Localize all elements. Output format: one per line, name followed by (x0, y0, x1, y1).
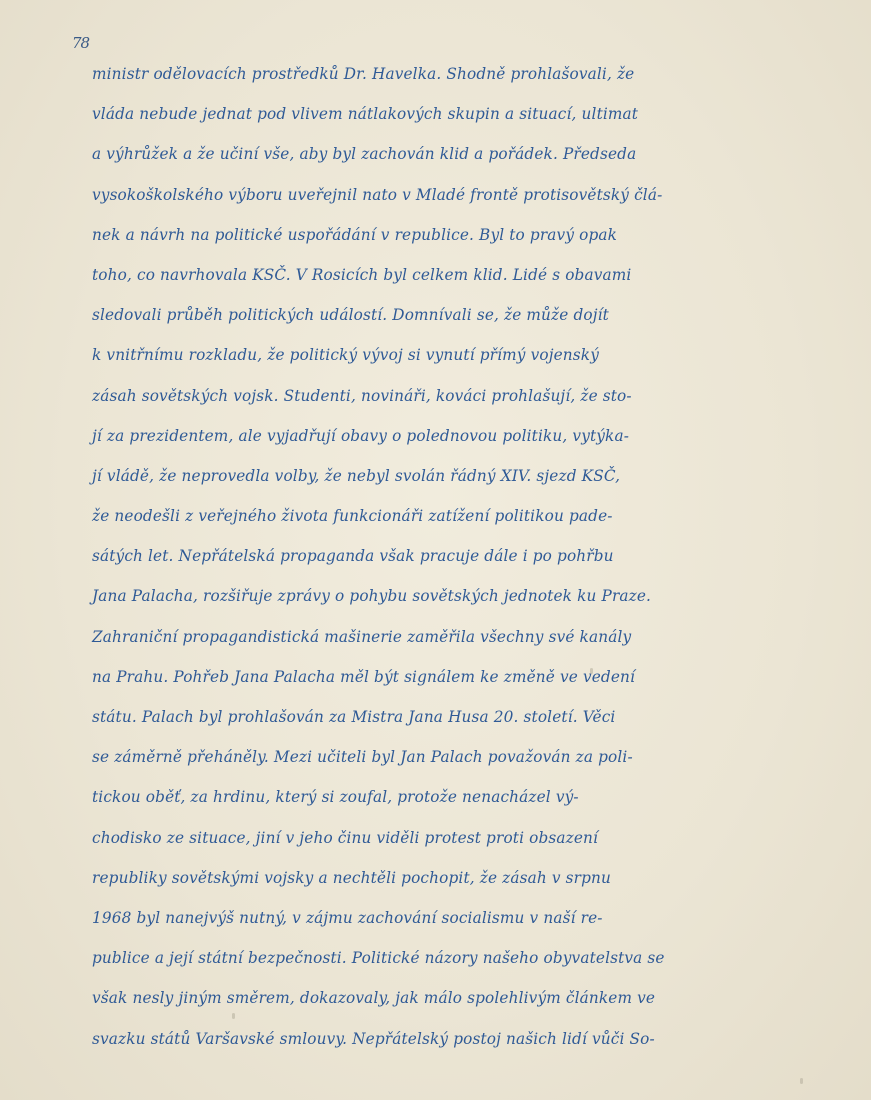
text-line: toho, co navrhovala KSČ. V Rosicích byl … (92, 255, 792, 295)
text-line: sátých let. Nepřátelská propaganda však … (92, 536, 792, 576)
text-line: svazku států Varšavské smlouvy. Nepřátel… (92, 1019, 792, 1059)
handwritten-text-block: ministr odělovacích prostředků Dr. Havel… (92, 54, 802, 1059)
paper-speck (800, 1078, 803, 1084)
paper-speck (232, 1013, 235, 1019)
page-number: 78 (72, 34, 89, 52)
document-page: 78 ministr odělovacích prostředků Dr. Ha… (0, 0, 871, 1100)
text-line: ministr odělovacích prostředků Dr. Havel… (92, 54, 792, 94)
text-line: sledovali průběh politických událostí. D… (92, 295, 792, 335)
text-line: Jana Palacha, rozšiřuje zprávy o pohybu … (92, 576, 792, 616)
text-line: jí za prezidentem, ale vyjadřují obavy o… (92, 416, 792, 456)
text-line: na Prahu. Pohřeb Jana Palacha měl být si… (92, 657, 792, 697)
text-line: a výhrůžek a že učiní vše, aby byl zacho… (92, 134, 792, 174)
text-line: republiky sovětskými vojsky a nechtěli p… (92, 858, 792, 898)
text-line: Zahraniční propagandistická mašinerie za… (92, 617, 792, 657)
text-line: jí vládě, že neprovedla volby, že nebyl … (92, 456, 792, 496)
paper-speck (590, 668, 593, 674)
text-line: nek a návrh na politické uspořádání v re… (92, 215, 792, 255)
text-line: tickou oběť, za hrdinu, který si zoufal,… (92, 777, 792, 817)
text-line: k vnitřnímu rozkladu, že politický vývoj… (92, 335, 792, 375)
text-line: vláda nebude jednat pod vlivem nátlakový… (92, 94, 792, 134)
text-line: se záměrně přeháněly. Mezi učiteli byl J… (92, 737, 792, 777)
text-line: vysokoškolského výboru uveřejnil nato v … (92, 175, 792, 215)
text-line: zásah sovětských vojsk. Studenti, noviná… (92, 376, 792, 416)
text-line: chodisko ze situace, jiní v jeho činu vi… (92, 818, 792, 858)
text-line: 1968 byl nanejvýš nutný, v zájmu zachová… (92, 898, 792, 938)
text-line: státu. Palach byl prohlašován za Mistra … (92, 697, 792, 737)
text-line: že neodešli z veřejného života funkcioná… (92, 496, 792, 536)
text-line: publice a její státní bezpečnosti. Polit… (92, 938, 792, 978)
text-line: však nesly jiným směrem, dokazovaly, jak… (92, 978, 792, 1018)
